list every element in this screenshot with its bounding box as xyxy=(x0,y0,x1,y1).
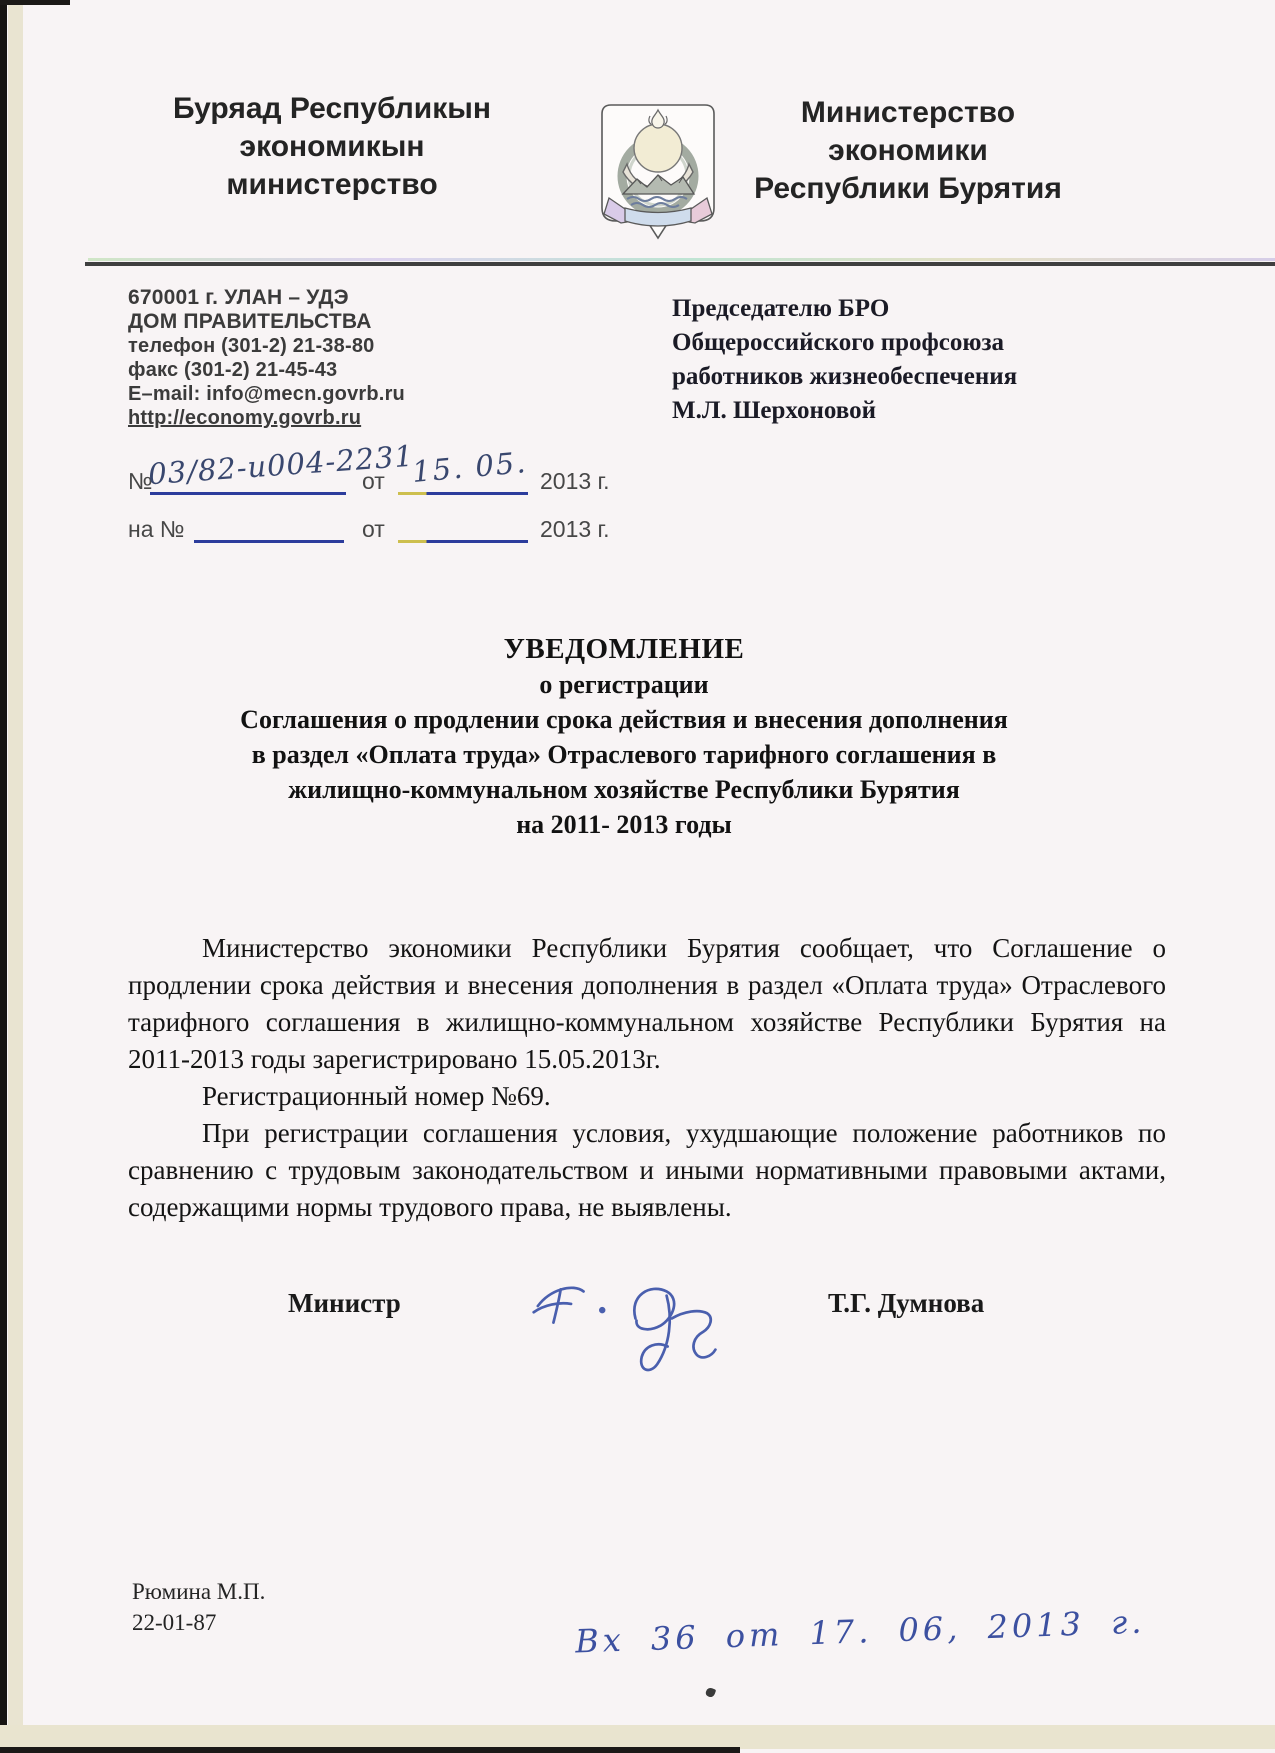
minister-signature-handwriting xyxy=(515,1252,785,1387)
org-name-buryat: Буряад Республикын экономикын министерст… xyxy=(142,90,522,204)
from-label: от xyxy=(362,468,385,495)
body-paragraph: Министерство экономики Республики Буряти… xyxy=(128,930,1166,1078)
fax-number: факс (301-2) 21-45-43 xyxy=(128,358,548,382)
scan-edge-top xyxy=(0,0,70,5)
recipient-org: Общероссийского профсоюза xyxy=(672,326,1092,360)
scan-paper-edge-left xyxy=(8,0,23,1753)
signer-position: Министр xyxy=(288,1288,401,1319)
org-name-russian-line: Министерство xyxy=(738,94,1078,132)
scan-edge-left xyxy=(0,0,7,1753)
recipient-name: М.Л. Шерхоновой xyxy=(672,394,1092,428)
recipient-title: Председателю БРО xyxy=(672,292,1092,326)
outgoing-date-underline xyxy=(398,492,528,495)
org-name-russian-line: экономики xyxy=(738,132,1078,170)
letter-body: Министерство экономики Республики Буряти… xyxy=(128,930,1166,1226)
org-name-russian-line: Республики Бурятия xyxy=(738,170,1078,208)
reply-number-underline xyxy=(194,540,344,543)
executor-phone: 22-01-87 xyxy=(132,1607,265,1638)
recipient-block: Председателю БРО Общероссийского профсою… xyxy=(672,292,1092,428)
scanned-letter-page: Буряад Республикын экономикын министерст… xyxy=(0,0,1275,1753)
website-url: http://economy.govrb.ru xyxy=(128,406,548,430)
inbox-registration-note-handwritten: Вх 36 от 17. 06, 2013 г. xyxy=(575,1602,1176,1661)
org-name-buryat-line: экономикын xyxy=(142,128,522,166)
outgoing-number-underline xyxy=(150,492,346,495)
buryatia-coat-of-arms-icon xyxy=(597,102,719,240)
executor-name: Рюмина М.П. xyxy=(132,1576,265,1607)
phone-number: телефон (301-2) 21-38-80 xyxy=(128,334,548,358)
body-paragraph: При регистрации соглашения условия, ухуд… xyxy=(128,1115,1166,1226)
document-title: УВЕДОМЛЕНИЕ xyxy=(128,632,1120,667)
document-title-block: УВЕДОМЛЕНИЕ о регистрации Соглашения о п… xyxy=(128,632,1120,842)
outgoing-year-label: 2013 г. xyxy=(540,468,610,495)
scan-speck xyxy=(705,1687,717,1699)
letterhead-divider xyxy=(85,262,1275,266)
org-name-buryat-line: министерство xyxy=(142,166,522,204)
contact-block: 670001 г. УЛАН – УДЭ ДОМ ПРАВИТЕЛЬСТВА т… xyxy=(128,286,548,430)
document-subtitle: Соглашения о продлении срока действия и … xyxy=(128,702,1120,737)
org-name-buryat-line: Буряад Республикын xyxy=(142,90,522,128)
body-paragraph: Регистрационный номер №69. xyxy=(128,1078,1166,1115)
scan-paper-edge-bottom xyxy=(0,1725,1275,1749)
org-name-russian: Министерство экономики Республики Буряти… xyxy=(738,94,1078,208)
signer-name: Т.Г. Думнова xyxy=(828,1288,984,1319)
reply-year-label: 2013 г. xyxy=(540,516,610,543)
reply-date-underline xyxy=(398,540,528,543)
postal-address: 670001 г. УЛАН – УДЭ xyxy=(128,286,548,310)
outgoing-date-handwritten: 15. 05. xyxy=(411,445,529,489)
building-name: ДОМ ПРАВИТЕЛЬСТВА xyxy=(128,310,548,334)
document-subtitle: на 2011- 2013 годы xyxy=(128,807,1120,842)
reply-number-label: на № xyxy=(128,516,185,543)
document-subtitle: о регистрации xyxy=(128,667,1120,702)
scan-edge-bottom xyxy=(0,1747,740,1753)
document-subtitle: жилищно-коммунальном хозяйстве Республик… xyxy=(128,772,1120,807)
executor-block: Рюмина М.П. 22-01-87 xyxy=(132,1576,265,1638)
recipient-org: работников жизнеобеспечения xyxy=(672,360,1092,394)
email-address: E–mail: info@mecn.govrb.ru xyxy=(128,382,548,406)
reply-from-label: от xyxy=(362,516,385,543)
document-subtitle: в раздел «Оплата труда» Отраслевого тари… xyxy=(128,737,1120,772)
letterhead-divider-light xyxy=(88,258,1275,261)
